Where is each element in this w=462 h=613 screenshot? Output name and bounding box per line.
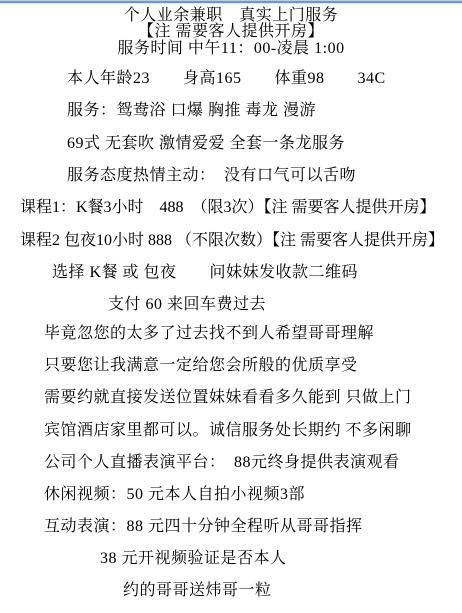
text-line: 课程1：K餐3小时 488 （限3次）【注 需要客人提供开房】 <box>20 200 436 217</box>
text-line: 支付 60 来回车费过去 <box>108 297 266 314</box>
text-line: 公司个人直播表演平台： 88元终身提供表演观看 <box>44 455 400 472</box>
text-line: 宾馆酒店家里都可以。诚信服务处长期约 不多闲聊 <box>44 423 412 440</box>
text-line: 本人年龄23 身高165 体重98 34C <box>67 71 386 88</box>
text-line: 服务态度热情主动： 没有口气可以舌吻 <box>67 168 356 185</box>
text-line: 休闲视频：50 元本人自拍小视频3部 <box>44 487 305 504</box>
hours-line: 服务时间 中午11：00-凌晨 1:00 <box>0 41 462 58</box>
text-line: 约的哥哥送炜哥一粒 <box>123 583 272 600</box>
text-line: 选择 K餐 或 包夜 问妹妹发收款二维码 <box>52 265 358 282</box>
text-line: 互动表演：88 元四十分钟全程听从哥哥指挥 <box>44 519 363 536</box>
text-line: 毕竟忽您的太多了过去找不到人希望哥哥理解 <box>44 326 374 343</box>
top-border-stripe <box>0 0 462 4</box>
text-line: 需要约就直接发送位置妹妹看看多久能到 只做上门 <box>44 390 412 407</box>
text-page: 个人业余兼职 真实上门服务 【注 需要客人提供开房】 服务时间 中午11：00-… <box>0 0 462 613</box>
text-line: 38 元开视频验证是否本人 <box>100 551 287 568</box>
text-line: 服务：鸳鸯浴 口爆 胸推 毒龙 漫游 <box>67 103 316 120</box>
text-line: 69式 无套吹 激情爱爱 全套一条龙服务 <box>67 136 345 153</box>
note-line: 【注 需要客人提供开房】 <box>0 24 462 41</box>
text-line: 课程2 包夜10小时 888 （不限次数）【注 需要客人提供开房】 <box>20 233 444 250</box>
text-line: 只要您让我满意一定给您会所般的优质享受 <box>44 358 358 375</box>
